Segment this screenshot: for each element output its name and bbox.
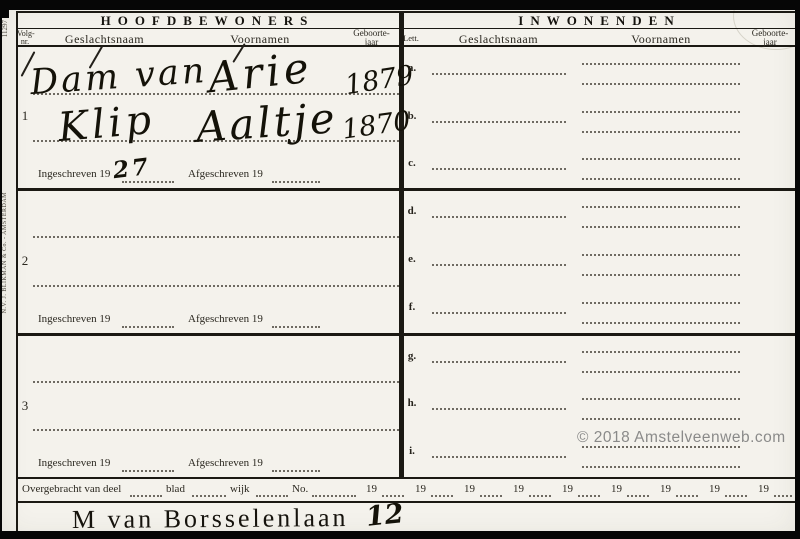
dotted-leader [272, 181, 320, 183]
section-title-hoofdbewoners: HOOFDBEWONERS [16, 13, 399, 29]
col-header-firstnames-right: Voornamen [577, 32, 745, 47]
row-number: 2 [17, 253, 33, 269]
handwritten-house-number: 12 [365, 500, 405, 531]
writing-line [582, 131, 740, 133]
writing-line [432, 73, 566, 75]
writing-line [432, 361, 566, 363]
year-cell-label: 19 [562, 483, 573, 495]
col-header-surname-left: Geslachtsnaam [33, 32, 176, 47]
writing-line [582, 351, 740, 353]
row-letter: d. [404, 205, 420, 217]
col-header-birthyear-left-line2: jaar [365, 37, 379, 47]
writing-line [582, 158, 740, 160]
ingeschreven-label: Ingeschreven 19 [38, 168, 110, 180]
printer-imprint-vertical: N.V. J. BLIKMAN & Co. - AMSTERDAM [2, 192, 8, 313]
scan-border-left [0, 0, 2, 539]
row-letter: f. [404, 301, 420, 313]
writing-line [432, 168, 566, 170]
writing-line [432, 121, 566, 123]
dotted-leader [192, 495, 226, 497]
writing-line [432, 312, 566, 314]
section-title-inwonenden: INWONENDEN [404, 13, 795, 29]
writing-line [582, 302, 740, 304]
ingeschreven-label: Ingeschreven 19 [38, 313, 110, 325]
writing-line [582, 398, 740, 400]
no-label: No. [292, 483, 308, 495]
writing-line [582, 111, 740, 113]
year-cell-label: 19 [513, 483, 524, 495]
writing-line [33, 236, 399, 238]
writing-line [432, 408, 566, 410]
scan-border-bottom [0, 531, 800, 539]
dotted-leader [122, 326, 174, 328]
dotted-leader [272, 470, 320, 472]
writing-line [432, 216, 566, 218]
writing-line [582, 418, 740, 420]
dotted-leader [382, 495, 404, 497]
handwritten-surname-2: Klip [56, 100, 156, 148]
row-letter: g. [404, 350, 420, 362]
writing-line [582, 63, 740, 65]
afgeschreven-label: Afgeschreven 19 [188, 168, 263, 180]
dotted-leader [676, 495, 698, 497]
afgeschreven-label: Afgeschreven 19 [188, 313, 263, 325]
wijk-label: wijk [230, 483, 250, 495]
writing-line [582, 226, 740, 228]
col-header-firstnames-left: Voornamen [176, 32, 344, 47]
writing-line [33, 285, 399, 287]
writing-line [33, 381, 399, 383]
row-letter: b. [404, 110, 420, 122]
year-cell-label: 19 [611, 483, 622, 495]
row-letter: a. [404, 62, 420, 74]
form-left-border [16, 11, 18, 531]
writing-line [582, 178, 740, 180]
col-header-volgnr-line2: nr. [21, 37, 29, 46]
year-cell-label: 19 [464, 483, 475, 495]
dotted-leader [480, 495, 502, 497]
writing-line [582, 466, 740, 468]
year-cell-label: 19 [415, 483, 426, 495]
footer-separator [16, 477, 795, 479]
col-header-surname-right: Geslachtsnaam [420, 32, 577, 47]
handwritten-firstnames-1: Arie [206, 47, 315, 100]
scan-border-right [795, 0, 800, 539]
dotted-leader [578, 495, 600, 497]
afgeschreven-label: Afgeschreven 19 [188, 457, 263, 469]
writing-line [582, 371, 740, 373]
col-header-birthyear-right: Geboorte- jaar [745, 29, 795, 47]
handwritten-ingeschreven-year: 27 [112, 155, 153, 182]
footer-row-line [16, 501, 795, 503]
blad-label: blad [166, 483, 185, 495]
dotted-leader [431, 495, 453, 497]
row-letter: c. [404, 157, 420, 169]
year-cell-label: 19 [366, 483, 377, 495]
writing-line [582, 274, 740, 276]
row-number: 3 [17, 398, 33, 414]
block-separator-1 [16, 188, 795, 191]
row-number: 1 [17, 108, 33, 124]
row-letter: e. [404, 253, 420, 265]
dotted-leader [725, 495, 747, 497]
dotted-leader [122, 470, 174, 472]
year-cell-label: 19 [709, 483, 720, 495]
year-cell-label: 19 [758, 483, 769, 495]
scan-border-top [0, 0, 800, 10]
col-header-birthyear-right-line2: jaar [763, 37, 777, 47]
scanned-register-card: 11297 N.V. J. BLIKMAN & Co. - AMSTERDAM … [0, 0, 800, 539]
writing-line [432, 456, 566, 458]
dotted-leader [272, 326, 320, 328]
dotted-leader [529, 495, 551, 497]
col-header-birthyear-left: Geboorte- jaar [344, 29, 399, 47]
dotted-leader [774, 495, 792, 497]
dotted-leader [627, 495, 649, 497]
writing-line [582, 206, 740, 208]
writing-line [582, 254, 740, 256]
handwritten-firstnames-2: Aaltje [195, 97, 339, 149]
dotted-leader [256, 495, 288, 497]
writing-line [432, 264, 566, 266]
col-header-lett: Lett. [402, 33, 420, 43]
dotted-leader [130, 495, 162, 497]
year-cell-label: 19 [660, 483, 671, 495]
ingeschreven-label: Ingeschreven 19 [38, 457, 110, 469]
copyright-watermark: © 2018 Amstelveenweb.com [577, 429, 786, 447]
block-separator-2 [16, 333, 795, 336]
dotted-leader [312, 495, 356, 497]
col-header-volgnr: Volg- nr. [17, 30, 33, 46]
overgebracht-label: Overgebracht van deel [22, 483, 121, 495]
row-letter: h. [404, 397, 420, 409]
serial-number-vertical: 11297 [1, 20, 9, 37]
writing-line [582, 83, 740, 85]
writing-line [582, 322, 740, 324]
writing-line [33, 429, 399, 431]
row-letter: i. [404, 445, 420, 457]
